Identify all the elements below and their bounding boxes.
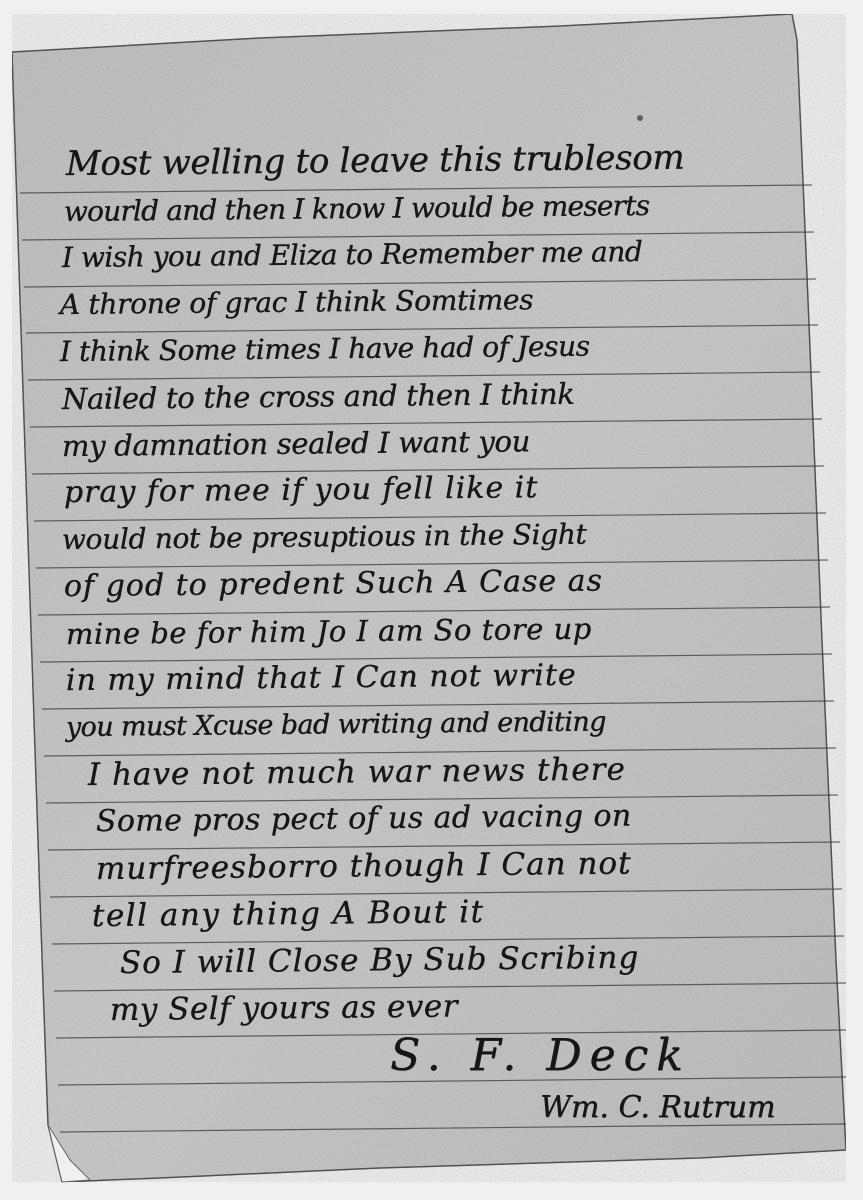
letter-line: So I will Close By Sub Scribing (120, 933, 863, 985)
letter-line: pray for mee if you fell like it (64, 463, 834, 515)
letter-line: in my mind that I Can not write (66, 651, 836, 703)
letter-line: Some pros pect of us ad vacing on (96, 792, 863, 844)
letter-line: mine be for him Jo I am So tore up (66, 604, 836, 656)
letter-line: my Self yours as ever (110, 980, 863, 1032)
letter-line: murfreesborro though I Can not (96, 839, 863, 891)
letter-line: would not be presuptious in the Sight (62, 510, 832, 562)
letter-line: I think Some times I have had of Jesus (60, 322, 830, 374)
letter-line: A throne of grac I think Somtimes (60, 275, 830, 327)
letter-line: tell any thing A Bout it (92, 886, 862, 938)
letter-line: I have not much war news there (88, 745, 858, 797)
scanned-letter: Most welling to leave this trublesom wou… (0, 0, 863, 1200)
letter-line: Most welling to leave this trublesom (66, 134, 836, 186)
letter-line: wourld and then I know I would be mesert… (64, 182, 834, 234)
witness-signature: Wm. C. Rutrum (540, 1090, 775, 1125)
letter-line: of god to predent Such A Case as (64, 557, 834, 609)
letter-line: I wish you and Eliza to Remember me and (62, 228, 832, 280)
letter-body: Most welling to leave this trublesom wou… (0, 0, 863, 1200)
letter-line: you must Xcuse bad writing and enditing (66, 698, 836, 750)
letter-line: Nailed to the cross and then I think (62, 369, 832, 421)
letter-line: my damnation sealed I want you (62, 416, 832, 468)
author-signature: S. F. Deck (390, 1030, 691, 1081)
